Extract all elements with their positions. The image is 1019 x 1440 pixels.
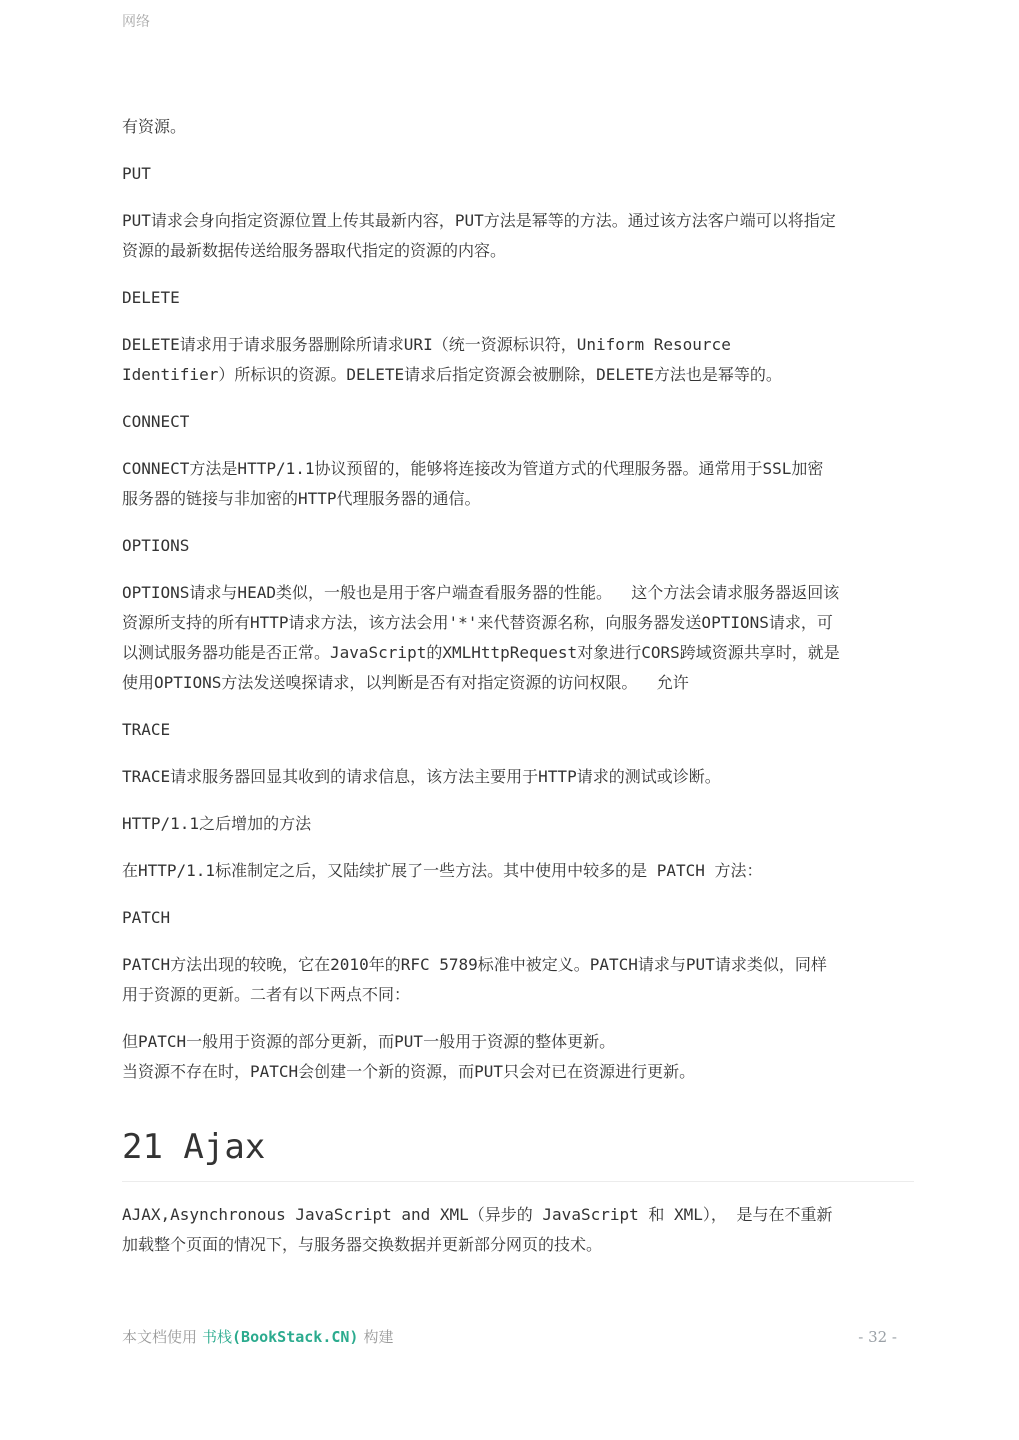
text-block: 有资源。 <box>122 112 914 142</box>
text-block: CONNECT方法是HTTP/1.1协议预留的，能够将连接改为管道方式的代理服务… <box>122 454 914 514</box>
text-block: 但PATCH一般用于资源的部分更新，而PUT一般用于资源的整体更新。 当资源不存… <box>122 1027 914 1087</box>
text-block: TRACE请求服务器回显其收到的请求信息，该方法主要用于HTTP请求的测试或诊断… <box>122 762 914 792</box>
method-label-delete: DELETE <box>122 283 914 313</box>
method-label-patch: PATCH <box>122 903 914 933</box>
page-header: 网络 <box>122 12 150 32</box>
document-content: 有资源。 PUT PUT请求会身向指定资源位置上传其最新内容，PUT方法是幂等的… <box>122 112 914 1277</box>
footer-text-prefix: 本文档使用 <box>122 1328 197 1346</box>
footer-text-suffix: 构建 <box>363 1328 393 1346</box>
text-block: 在HTTP/1.1标准制定之后，又陆续扩展了一些方法。其中使用中较多的是 PAT… <box>122 856 914 886</box>
document-page: 网络 有资源。 PUT PUT请求会身向指定资源位置上传其最新内容，PUT方法是… <box>0 0 1019 1440</box>
text-block: PUT请求会身向指定资源位置上传其最新内容，PUT方法是幂等的方法。通过该方法客… <box>122 206 914 266</box>
header-title: 网络 <box>122 14 150 30</box>
text-block: PATCH方法出现的较晚，它在2010年的RFC 5789标准中被定义。PATC… <box>122 950 914 1010</box>
section-heading-ajax: 21 Ajax <box>122 1127 914 1182</box>
text-block: DELETE请求用于请求服务器删除所请求URI（统一资源标识符，Uniform … <box>122 330 914 390</box>
text-block: OPTIONS请求与HEAD类似，一般也是用于客户端查看服务器的性能。 这个方法… <box>122 578 914 698</box>
bookstack-link-domain: (BookStack.CN) <box>232 1328 358 1346</box>
bookstack-link-name: 书栈 <box>202 1328 232 1346</box>
subsection-title: HTTP/1.1之后增加的方法 <box>122 809 914 839</box>
bookstack-link[interactable]: 书栈(BookStack.CN) <box>202 1328 358 1346</box>
method-label-trace: TRACE <box>122 715 914 745</box>
page-number: - 32 - <box>858 1328 897 1346</box>
text-block: AJAX,Asynchronous JavaScript and XML（异步的… <box>122 1200 914 1260</box>
page-footer: 本文档使用书栈(BookStack.CN)构建 - 32 - <box>122 1326 897 1347</box>
method-label-options: OPTIONS <box>122 531 914 561</box>
method-label-put: PUT <box>122 159 914 189</box>
footer-builder-note: 本文档使用书栈(BookStack.CN)构建 <box>122 1326 393 1347</box>
method-label-connect: CONNECT <box>122 407 914 437</box>
